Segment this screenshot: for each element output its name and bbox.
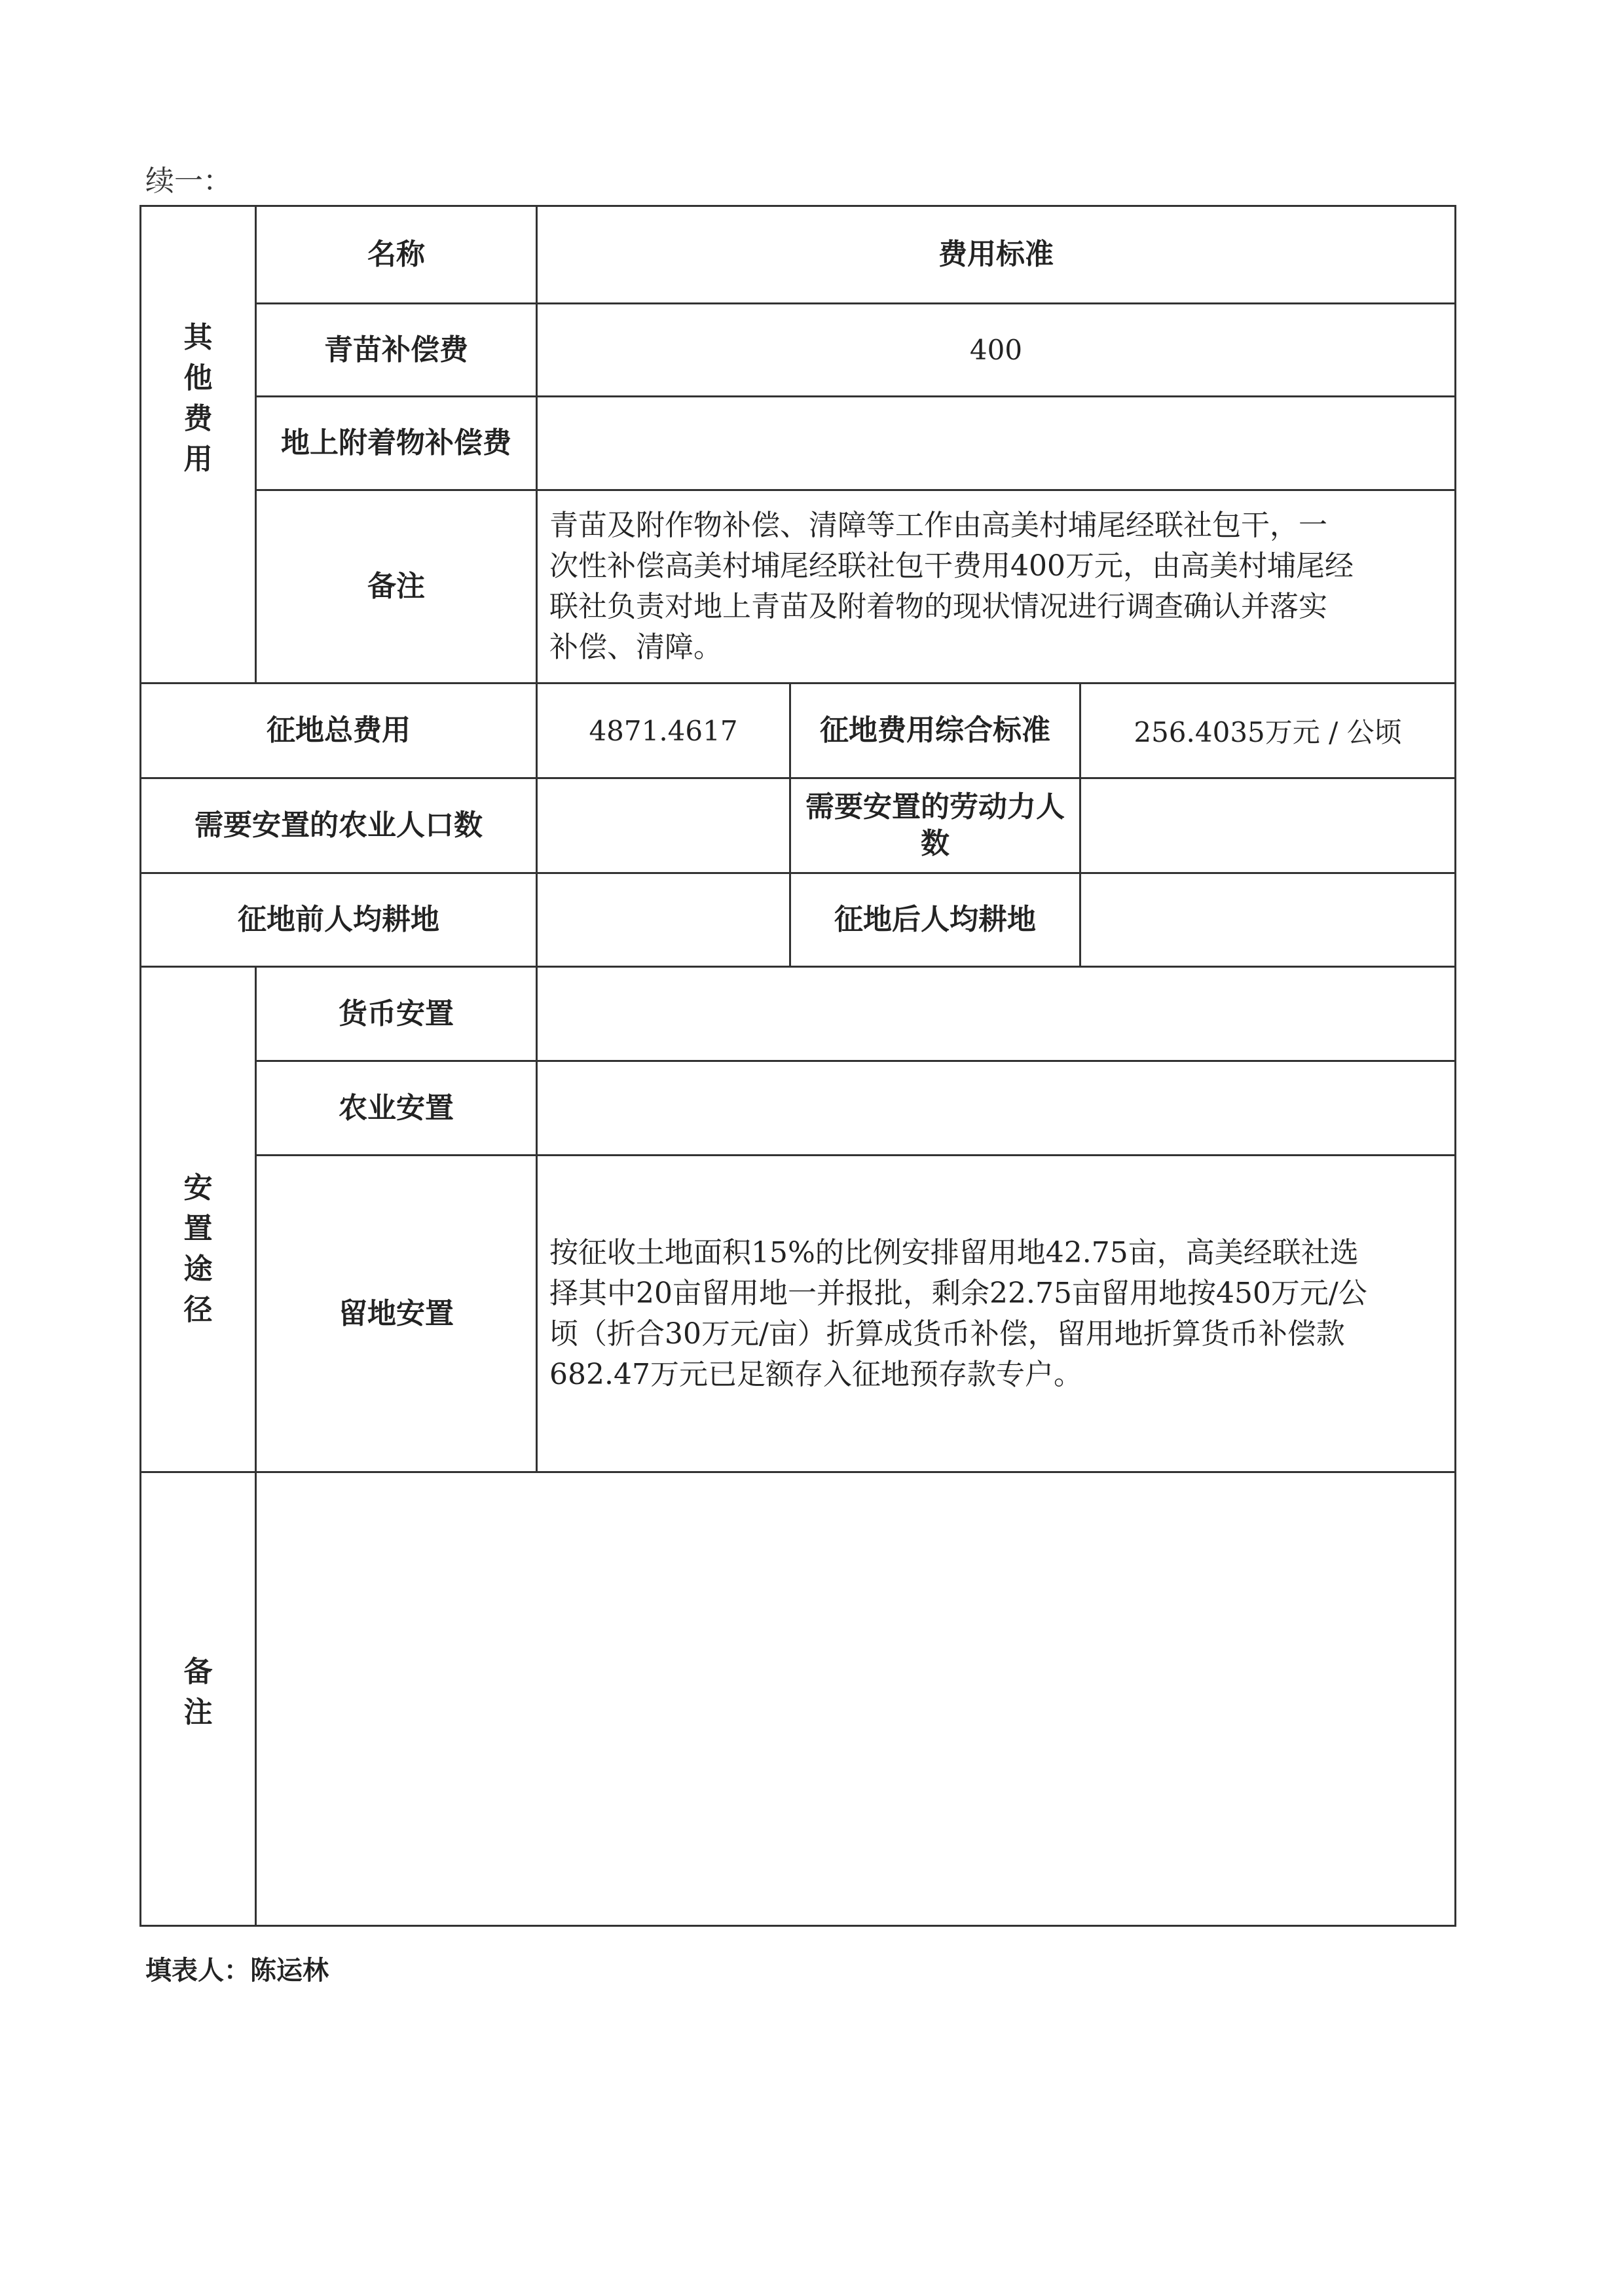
crop-compensation-label-cell: 青苗补偿费	[255, 302, 538, 397]
other-fees-group-label: 其他费用	[182, 318, 215, 480]
fees-remark-text: 青苗及附作物补偿、清障等工作由高美村埔尾经联社包干，一 次性补偿高美村埔尾经联社…	[549, 505, 1354, 668]
composite-standard-value-cell: 256.4035万元 / 公顷	[1079, 682, 1456, 779]
after-farmland-label-cell: 征地后人均耕地	[789, 872, 1081, 968]
resettlement-group-cell: 安置途径	[139, 966, 257, 1473]
fees-remark-label: 备注	[367, 568, 425, 605]
remarks-label-cell: 备注	[139, 1471, 257, 1927]
fees-remark-line: 次性补偿高美村埔尾经联社包干费用400万元，由高美村埔尾经	[549, 546, 1354, 587]
agri-population-label: 需要安置的农业人口数	[194, 807, 483, 844]
attachment-compensation-value-cell	[536, 395, 1456, 491]
agri-population-value-cell	[536, 777, 791, 874]
attachment-compensation-label-cell: 地上附着物补偿费	[255, 395, 538, 491]
crop-compensation-value-cell: 400	[536, 302, 1456, 397]
header-standard-cell: 费用标准	[536, 205, 1456, 304]
retained-land-text: 按征收土地面积15%的比例安排留用地42.75亩，高美经联社选 择其中20亩留用…	[549, 1233, 1367, 1395]
after-farmland-value-cell	[1079, 872, 1456, 968]
after-farmland-label: 征地后人均耕地	[834, 902, 1036, 938]
remarks-label: 备注	[182, 1652, 215, 1733]
total-fee-value: 4871.4617	[589, 715, 737, 747]
composite-standard-label-cell: 征地费用综合标准	[789, 682, 1081, 779]
labor-count-label-cell: 需要安置的劳动力人数	[789, 777, 1081, 874]
composite-standard-label: 征地费用综合标准	[820, 712, 1050, 749]
header-standard: 费用标准	[938, 236, 1054, 273]
agricultural-resettlement-label: 农业安置	[339, 1090, 454, 1127]
total-fee-label: 征地总费用	[267, 712, 411, 749]
monetary-resettlement-label-cell: 货币安置	[255, 966, 538, 1062]
before-farmland-value-cell	[536, 872, 791, 968]
total-fee-label-cell: 征地总费用	[139, 682, 538, 779]
remarks-value-cell	[255, 1471, 1456, 1927]
fees-remark-label-cell: 备注	[255, 489, 538, 684]
agricultural-resettlement-value-cell	[536, 1060, 1456, 1156]
agri-population-label-cell: 需要安置的农业人口数	[139, 777, 538, 874]
page-heading: 续一：	[145, 157, 232, 199]
crop-compensation-value: 400	[970, 334, 1022, 366]
retained-land-label: 留地安置	[339, 1296, 454, 1332]
composite-standard-value: 256.4035万元 / 公顷	[1134, 711, 1401, 750]
total-fee-value-cell: 4871.4617	[536, 682, 791, 779]
header-name: 名称	[367, 236, 425, 273]
fees-remark-line: 联社负责对地上青苗及附着物的现状情况进行调查确认并落实	[549, 587, 1354, 627]
agricultural-resettlement-label-cell: 农业安置	[255, 1060, 538, 1156]
before-farmland-label-cell: 征地前人均耕地	[139, 872, 538, 968]
monetary-resettlement-label: 货币安置	[339, 996, 454, 1032]
header-name-cell: 名称	[255, 205, 538, 304]
other-fees-group-cell: 其他费用	[139, 205, 257, 684]
resettlement-group-label: 安置途径	[182, 1168, 215, 1330]
retained-land-label-cell: 留地安置	[255, 1154, 538, 1473]
form-filler: 填表人：陈运林	[145, 1950, 329, 1987]
fees-remark-value-cell: 青苗及附作物补偿、清障等工作由高美村埔尾经联社包干，一 次性补偿高美村埔尾经联社…	[536, 489, 1456, 684]
labor-count-label: 需要安置的劳动力人数	[804, 789, 1066, 862]
fees-remark-line: 补偿、清障。	[549, 627, 1354, 668]
crop-compensation-label: 青苗补偿费	[324, 332, 468, 369]
retained-land-value-cell: 按征收土地面积15%的比例安排留用地42.75亩，高美经联社选 择其中20亩留用…	[536, 1154, 1456, 1473]
retained-land-line: 顷（折合30万元/亩）折算成货币补偿，留用地折算货币补偿款	[549, 1314, 1367, 1355]
attachment-compensation-label: 地上附着物补偿费	[281, 425, 511, 462]
before-farmland-label: 征地前人均耕地	[238, 902, 439, 938]
retained-land-line: 682.47万元已足额存入征地预存款专户。	[549, 1355, 1367, 1395]
monetary-resettlement-value-cell	[536, 966, 1456, 1062]
retained-land-line: 按征收土地面积15%的比例安排留用地42.75亩，高美经联社选	[549, 1233, 1367, 1273]
labor-count-value-cell	[1079, 777, 1456, 874]
retained-land-line: 择其中20亩留用地一并报批，剩余22.75亩留用地按450万元/公	[549, 1273, 1367, 1314]
fees-remark-line: 青苗及附作物补偿、清障等工作由高美村埔尾经联社包干，一	[549, 505, 1354, 546]
